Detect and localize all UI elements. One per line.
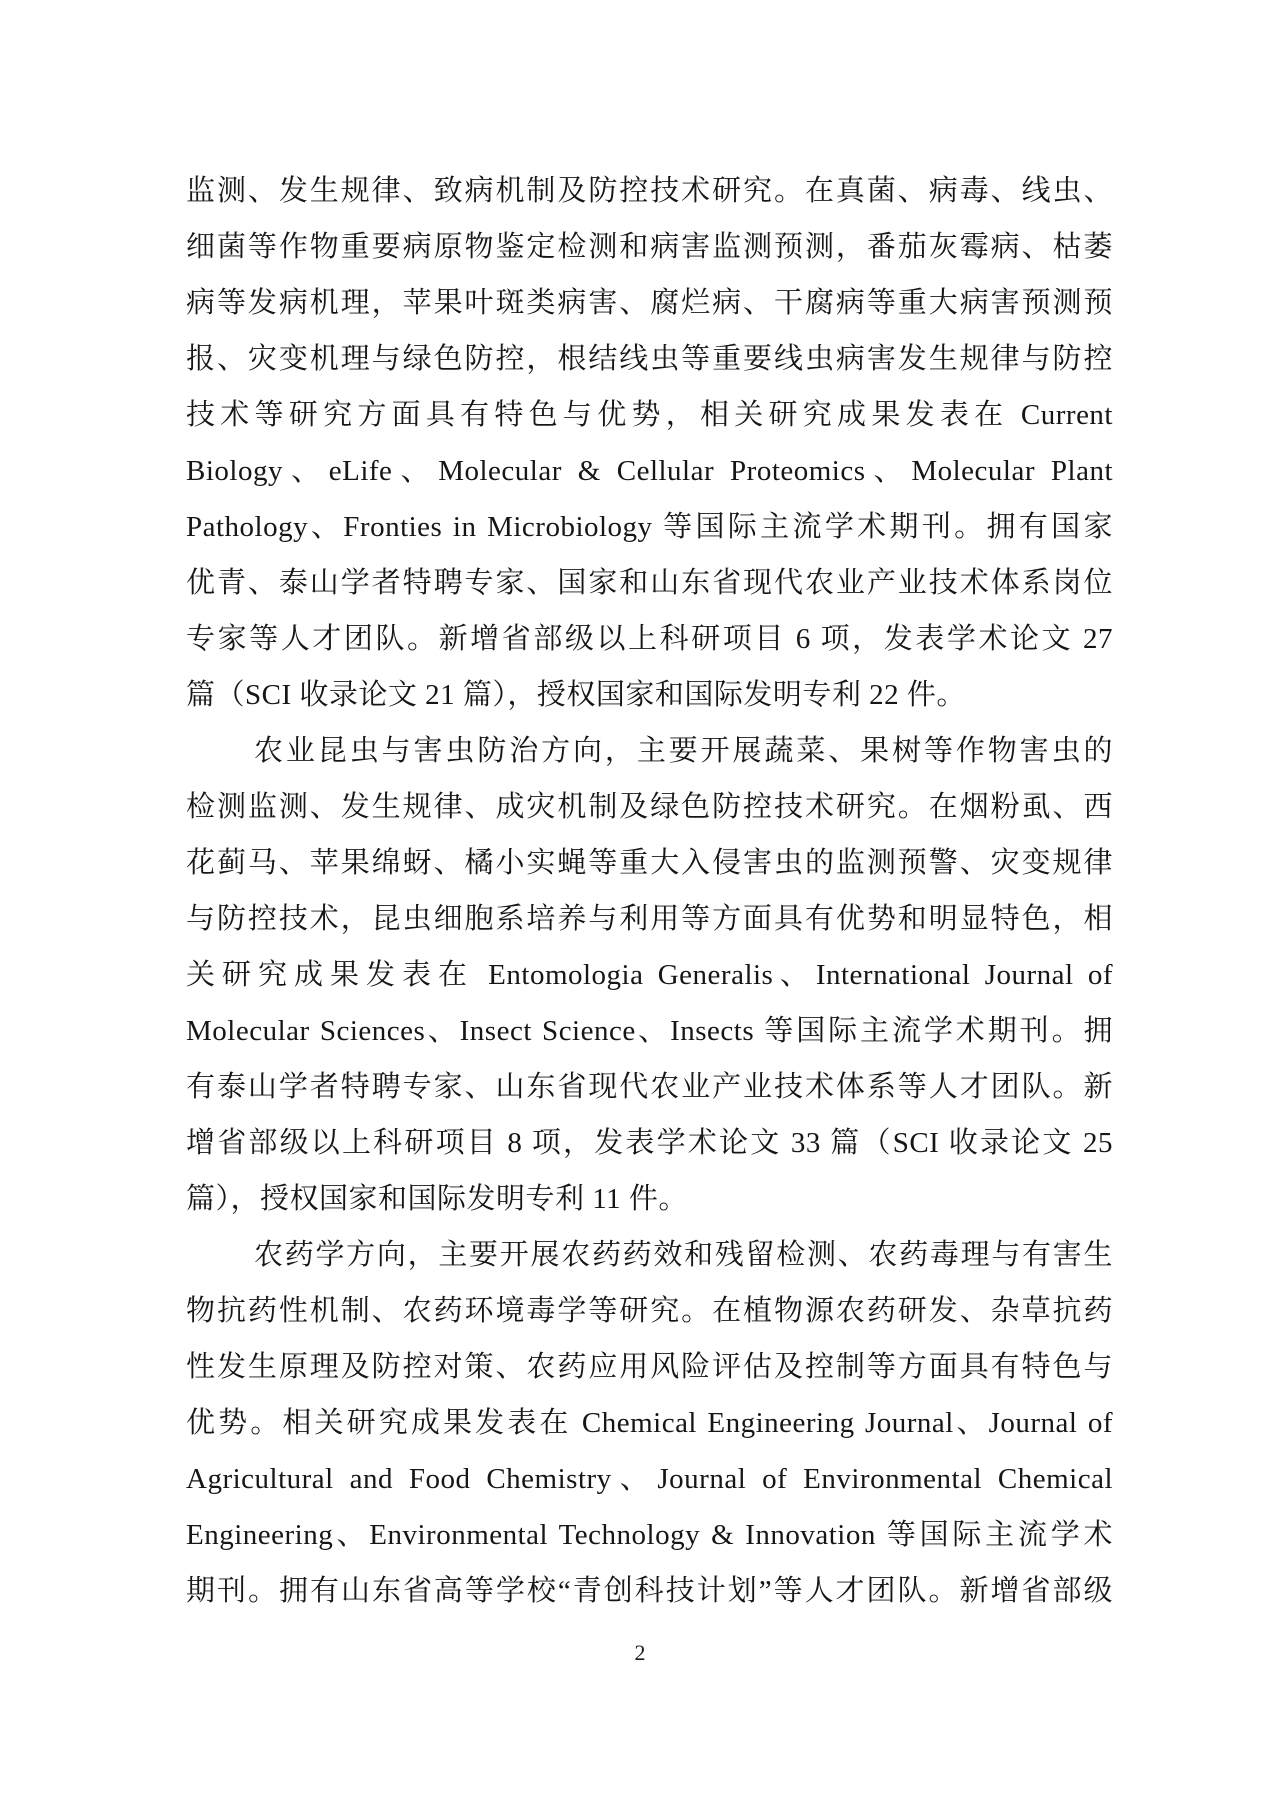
text-line: 物抗药性机制、农药环境毒学等研究。在植物源农药研发、杂草抗药 xyxy=(186,1283,1113,1339)
text-line: 篇），授权国家和国际发明专利 11 件。 xyxy=(186,1171,1113,1227)
text-body: 监测、发生规律、致病机制及防控技术研究。在真菌、病毒、线虫、细菌等作物重要病原物… xyxy=(186,163,1113,1619)
text-line: 农药学方向，主要开展农药药效和残留检测、农药毒理与有害生 xyxy=(186,1227,1113,1283)
paragraph: 农业昆虫与害虫防治方向，主要开展蔬菜、果树等作物害虫的检测监测、发生规律、成灾机… xyxy=(186,723,1113,1227)
text-line: 病等发病机理，苹果叶斑类病害、腐烂病、干腐病等重大病害预测预 xyxy=(186,275,1113,331)
text-line: 农业昆虫与害虫防治方向，主要开展蔬菜、果树等作物害虫的 xyxy=(186,723,1113,779)
text-line: Biology、eLife、Molecular & Cellular Prote… xyxy=(186,443,1113,499)
text-line: 关研究成果发表在 Entomologia Generalis、Internati… xyxy=(186,947,1113,1003)
text-line: 增省部级以上科研项目 8 项，发表学术论文 33 篇（SCI 收录论文 25 xyxy=(186,1115,1113,1171)
text-line: 监测、发生规律、致病机制及防控技术研究。在真菌、病毒、线虫、 xyxy=(186,163,1113,219)
text-line: 技术等研究方面具有特色与优势，相关研究成果发表在 Current xyxy=(186,387,1113,443)
text-line: Agricultural and Food Chemistry、Journal … xyxy=(186,1451,1113,1507)
text-line: 有泰山学者特聘专家、山东省现代农业产业技术体系等人才团队。新 xyxy=(186,1059,1113,1115)
text-line: 报、灾变机理与绿色防控，根结线虫等重要线虫病害发生规律与防控 xyxy=(186,331,1113,387)
text-line: Engineering、Environmental Technology & I… xyxy=(186,1507,1113,1563)
text-line: 优青、泰山学者特聘专家、国家和山东省现代农业产业技术体系岗位 xyxy=(186,555,1113,611)
document-page: 监测、发生规律、致病机制及防控技术研究。在真菌、病毒、线虫、细菌等作物重要病原物… xyxy=(0,0,1280,1811)
paragraph: 农药学方向，主要开展农药药效和残留检测、农药毒理与有害生物抗药性机制、农药环境毒… xyxy=(186,1227,1113,1619)
page-number: 2 xyxy=(0,1638,1280,1668)
text-line: 专家等人才团队。新增省部级以上科研项目 6 项，发表学术论文 27 xyxy=(186,611,1113,667)
paragraph: 监测、发生规律、致病机制及防控技术研究。在真菌、病毒、线虫、细菌等作物重要病原物… xyxy=(186,163,1113,723)
text-line: Molecular Sciences、Insect Science、Insect… xyxy=(186,1003,1113,1059)
text-line: 篇（SCI 收录论文 21 篇），授权国家和国际发明专利 22 件。 xyxy=(186,667,1113,723)
text-line: 花蓟马、苹果绵蚜、橘小实蝇等重大入侵害虫的监测预警、灾变规律 xyxy=(186,835,1113,891)
text-line: 性发生原理及防控对策、农药应用风险评估及控制等方面具有特色与 xyxy=(186,1339,1113,1395)
text-line: 优势。相关研究成果发表在 Chemical Engineering Journa… xyxy=(186,1395,1113,1451)
text-line: 与防控技术，昆虫细胞系培养与利用等方面具有优势和明显特色，相 xyxy=(186,891,1113,947)
text-line: Pathology、Fronties in Microbiology 等国际主流… xyxy=(186,499,1113,555)
text-line: 期刊。拥有山东省高等学校“青创科技计划”等人才团队。新增省部级 xyxy=(186,1563,1113,1619)
text-line: 检测监测、发生规律、成灾机制及绿色防控技术研究。在烟粉虱、西 xyxy=(186,779,1113,835)
text-line: 细菌等作物重要病原物鉴定检测和病害监测预测，番茄灰霉病、枯萎 xyxy=(186,219,1113,275)
